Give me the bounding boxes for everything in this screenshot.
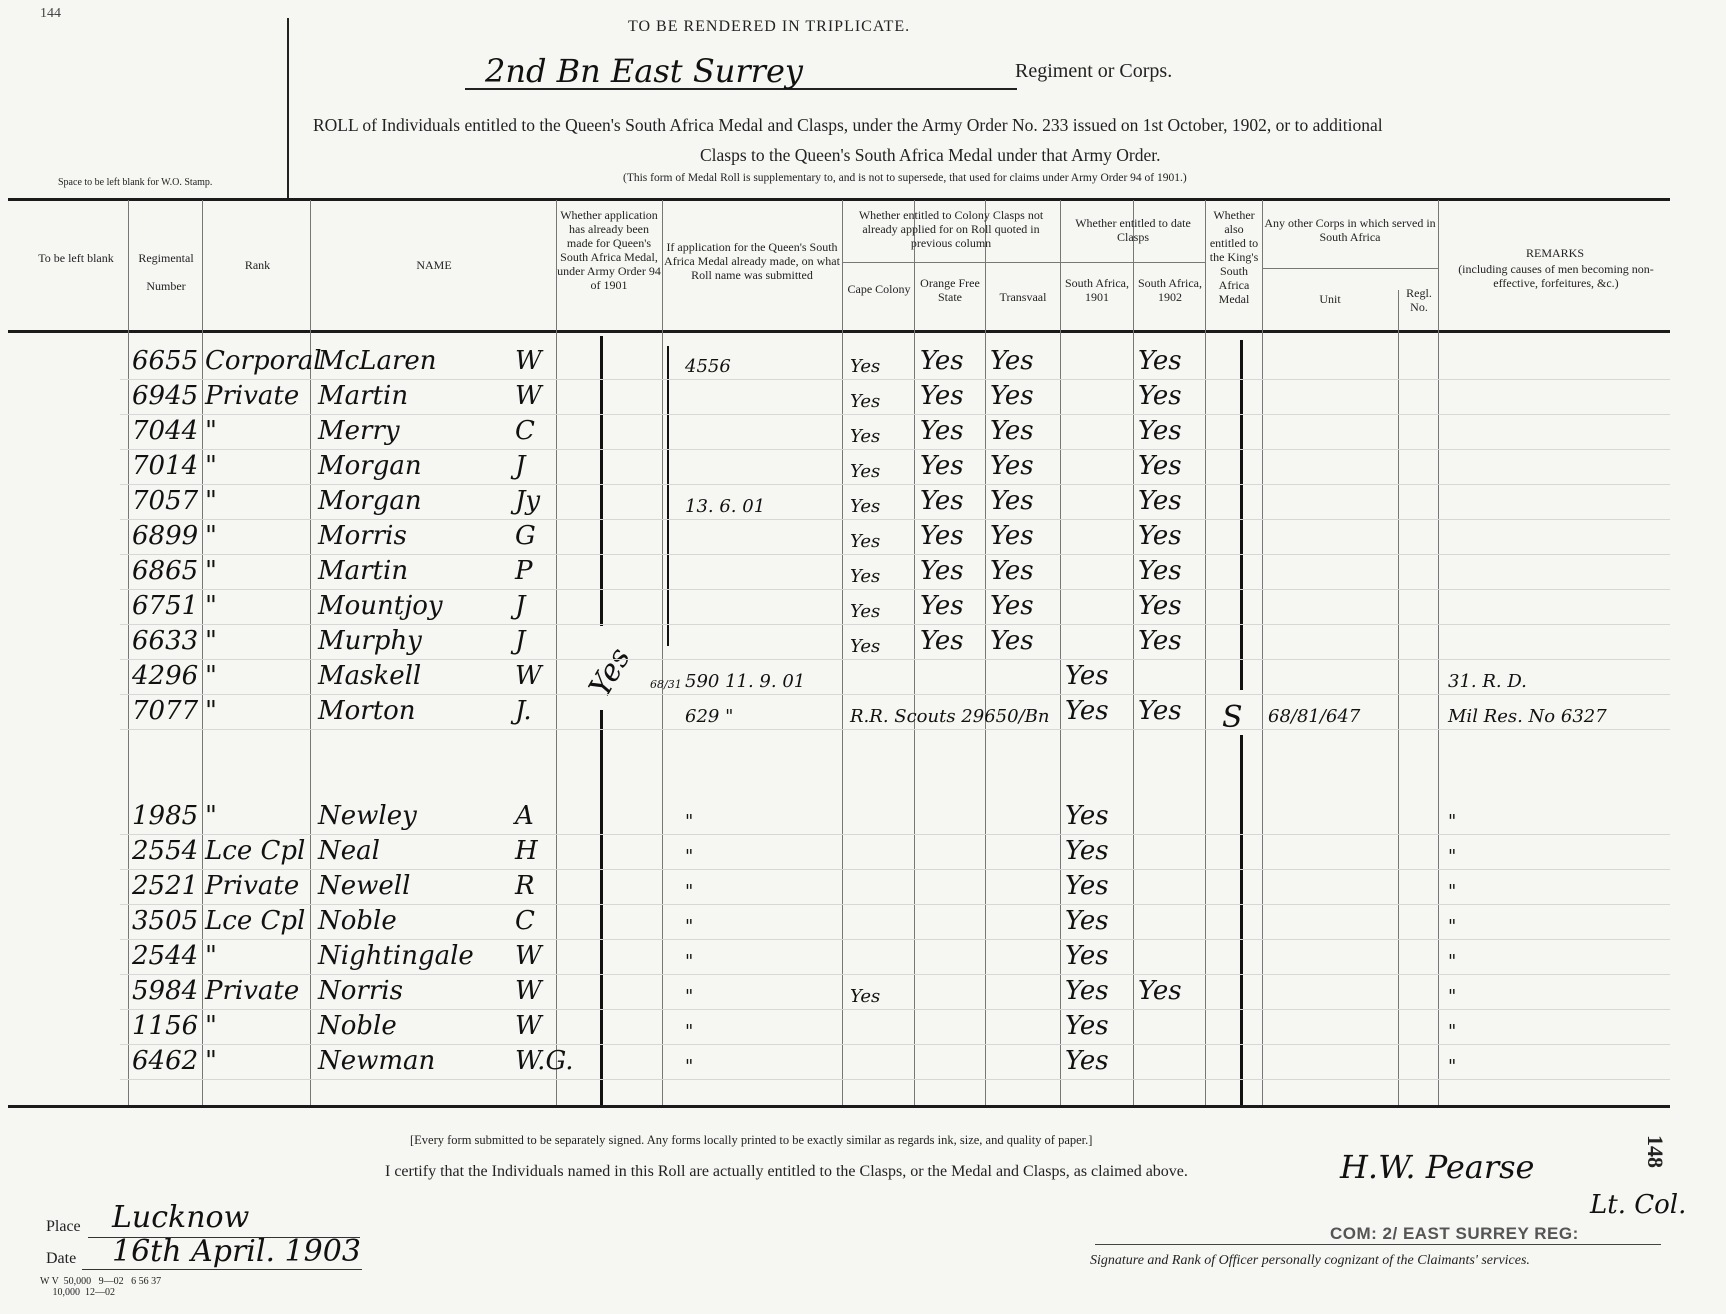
cell-initial: Jy — [515, 485, 540, 517]
regiment-stamp: COM: 2/ EAST SURREY REG: — [1330, 1224, 1579, 1244]
triplicate-heading: TO BE RENDERED IN TRIPLICATE. — [628, 18, 910, 36]
cell-initial: J — [515, 450, 525, 482]
cell-rank: Lce Cpl — [205, 905, 305, 937]
cell-south-africa-1901: Yes — [1065, 695, 1109, 727]
cell-reg-number: 7044 — [132, 415, 198, 447]
cell-south-africa-1901: Yes — [1065, 835, 1109, 867]
table-top-rule — [8, 198, 1670, 201]
place-label: Place — [46, 1218, 81, 1236]
cell-initial: G — [515, 520, 536, 552]
header-colony-clasps: Whether entitled to Colony Clasps not al… — [844, 208, 1058, 250]
cell-reg-number: 2544 — [132, 940, 198, 972]
header-rank: Rank — [205, 258, 310, 272]
header-subdivider — [842, 262, 1060, 263]
cell-rank: " — [205, 450, 217, 482]
cell-transvaal: Yes — [990, 555, 1034, 587]
cell-south-africa-1902: Yes — [1138, 380, 1182, 412]
roll-note: (This form of Medal Roll is supplementar… — [623, 172, 1187, 184]
cell-name: Noble — [318, 905, 397, 937]
cell-orange-free-state: Yes — [920, 380, 964, 412]
table-row: 6899"MorrisGYesYesYesYes — [0, 520, 1726, 555]
cell-name: Newley — [318, 800, 417, 832]
page-number: 148 — [1642, 1135, 1668, 1168]
cell-transvaal: Yes — [990, 450, 1034, 482]
roll-title: ROLL of Individuals entitled to the Quee… — [313, 115, 1383, 136]
cell-south-africa-1902: Yes — [1138, 695, 1182, 727]
table-row: 7014"MorganJYesYesYesYes — [0, 450, 1726, 485]
table-row: 5984PrivateNorrisW"YesYesYes" — [0, 975, 1726, 1010]
header-regl-no: Regl. No. — [1400, 286, 1438, 314]
place-value: Lucknow — [112, 1200, 249, 1235]
date-underline — [82, 1269, 362, 1270]
cell-reg-number: 4296 — [132, 660, 198, 692]
table-row: 1156"NobleW"Yes" — [0, 1010, 1726, 1045]
cell-south-africa-1901: Yes — [1065, 1010, 1109, 1042]
cell-initial: W — [515, 1010, 542, 1042]
stamp-divider — [287, 18, 289, 198]
cell-initial: H — [515, 835, 538, 867]
stamp-space-note: Space to be left blank for W.O. Stamp. — [58, 177, 212, 188]
cell-name: Martin — [318, 555, 408, 587]
header-remarks: REMARKS — [1440, 246, 1670, 260]
date-label: Date — [46, 1250, 76, 1268]
regiment-name: 2nd Bn East Surrey — [485, 52, 803, 90]
cell-name: Mountjoy — [318, 590, 443, 622]
cell-reg-number: 7014 — [132, 450, 198, 482]
cell-name: Merry — [318, 415, 400, 447]
cell-transvaal: Yes — [990, 520, 1034, 552]
cell-reg-number: 6751 — [132, 590, 198, 622]
cell-orange-free-state: Yes — [920, 625, 964, 657]
cell-initial: J. — [515, 695, 532, 727]
cell-initial: W — [515, 660, 542, 692]
cell-name: Morris — [318, 520, 407, 552]
cell-south-africa-1901: Yes — [1065, 660, 1109, 692]
table-row: 1985"NewleyA"Yes" — [0, 800, 1726, 835]
cell-initial: J — [515, 590, 525, 622]
cell-reg-number: 3505 — [132, 905, 198, 937]
cell-south-africa-1902: Yes — [1138, 590, 1182, 622]
signature-line — [1095, 1244, 1661, 1245]
cell-south-africa-1901: Yes — [1065, 940, 1109, 972]
cell-name: Martin — [318, 380, 408, 412]
cell-initial: W — [515, 940, 542, 972]
table-row: 7057"MorganJy13. 6. 01YesYesYesYes — [0, 485, 1726, 520]
cell-reg-number: 7077 — [132, 695, 198, 727]
cell-rank: " — [205, 1010, 217, 1042]
cell-orange-free-state: Yes — [920, 345, 964, 377]
table-row: 7077"MortonJ.629 "R.R. Scouts 29650/BnYe… — [0, 695, 1726, 730]
officer-signature: H.W. Pearse — [1340, 1148, 1534, 1186]
header-date-clasps: Whether entitled to date Clasps — [1062, 216, 1204, 244]
header-south-africa-1901: South Africa, 1901 — [1062, 276, 1132, 304]
date-value: 16th April. 1903 — [112, 1234, 361, 1269]
row-rule — [120, 729, 1670, 730]
roll-title-continued: Clasps to the Queen's South Africa Medal… — [700, 145, 1161, 166]
cell-reg-number: 5984 — [132, 975, 198, 1007]
header-subdivider — [1060, 262, 1205, 263]
cell-south-africa-1901: Yes — [1065, 870, 1109, 902]
certification-statement: I certify that the Individuals named in … — [385, 1163, 1188, 1181]
header-prior-application: Whether application has already been mad… — [557, 208, 661, 292]
cell-transvaal: Yes — [990, 415, 1034, 447]
cell-name: Morgan — [318, 450, 422, 482]
table-row: 4296"MaskellW590 11. 9. 01Yes31. R. D. — [0, 660, 1726, 695]
cell-reg-number: 6899 — [132, 520, 198, 552]
header-regimental-number: Regimental Number — [130, 244, 202, 300]
cell-transvaal: Yes — [990, 625, 1034, 657]
cell-rank: Lce Cpl — [205, 835, 305, 867]
cell-south-africa-1902: Yes — [1138, 555, 1182, 587]
table-row: 6945PrivateMartinWYesYesYesYes — [0, 380, 1726, 415]
table-row: 2521PrivateNewellR"Yes" — [0, 870, 1726, 905]
cell-south-africa-1902: Yes — [1138, 345, 1182, 377]
cell-name: Norris — [318, 975, 403, 1007]
cell-rank: " — [205, 800, 217, 832]
signature-caption: Signature and Rank of Officer personally… — [1090, 1253, 1530, 1269]
cell-initial: W.G. — [515, 1045, 574, 1077]
cell-rank: " — [205, 940, 217, 972]
header-kings-medal: Whether also entitled to the King's Sout… — [1206, 208, 1262, 306]
cell-rank: " — [205, 555, 217, 587]
table-row: 6633"MurphyJYesYesYesYes — [0, 625, 1726, 660]
cell-name: Newman — [318, 1045, 435, 1077]
table-row: 2544"NightingaleW"Yes" — [0, 940, 1726, 975]
cell-rank: Corporal — [205, 345, 322, 377]
cell-reg-number: 2521 — [132, 870, 198, 902]
cell-transvaal: Yes — [990, 380, 1034, 412]
cell-name: Noble — [318, 1010, 397, 1042]
cell-initial: W — [515, 345, 542, 377]
row-rule — [120, 1079, 1670, 1080]
cell-name: McLaren — [318, 345, 437, 377]
header-roll-submitted: If application for the Queen's South Afr… — [664, 240, 840, 282]
table-row: 6865"MartinPYesYesYesYes — [0, 555, 1726, 590]
cell-rank: " — [205, 660, 217, 692]
cell-south-africa-1902: Yes — [1138, 625, 1182, 657]
header-name: NAME — [312, 258, 556, 272]
cell-orange-free-state: Yes — [920, 590, 964, 622]
cell-name: Murphy — [318, 625, 422, 657]
cell-reg-number: 6655 — [132, 345, 198, 377]
cell-reg-number: 7057 — [132, 485, 198, 517]
header-cape-colony: Cape Colony — [844, 282, 914, 296]
cell-rank: " — [205, 485, 217, 517]
cell-reg-number: 6865 — [132, 555, 198, 587]
cell-south-africa-1901: Yes — [1065, 905, 1109, 937]
cell-initial: P — [515, 555, 533, 587]
cell-south-africa-1902: Yes — [1138, 415, 1182, 447]
cell-reg-number: 6945 — [132, 380, 198, 412]
cell-orange-free-state: Yes — [920, 415, 964, 447]
table-row: 6655CorporalMcLarenW4556YesYesYesYes — [0, 345, 1726, 380]
cell-name: Neal — [318, 835, 380, 867]
cell-rank: " — [205, 415, 217, 447]
header-remarks-note: (including causes of men becoming non-ef… — [1448, 262, 1664, 290]
cell-name: Maskell — [318, 660, 421, 692]
regiment-label: Regiment or Corps. — [1015, 60, 1172, 83]
cell-rank: " — [205, 695, 217, 727]
cell-orange-free-state: Yes — [920, 450, 964, 482]
cell-reg-number: 1985 — [132, 800, 198, 832]
cell-rank: " — [205, 520, 217, 552]
cell-initial: J — [515, 625, 525, 657]
cell-orange-free-state: Yes — [920, 485, 964, 517]
cell-south-africa-1901: Yes — [1065, 800, 1109, 832]
cell-name: Newell — [318, 870, 410, 902]
header-transvaal: Transvaal — [987, 290, 1059, 304]
cell-name: Morgan — [318, 485, 422, 517]
header-subdivider — [1262, 268, 1438, 269]
table-row: 6751"MountjoyJYesYesYesYes — [0, 590, 1726, 625]
cell-rank: Private — [205, 870, 299, 902]
header-south-africa-1902: South Africa, 1902 — [1135, 276, 1205, 304]
cell-rank: Private — [205, 380, 299, 412]
table-row: 6462"NewmanW.G."Yes" — [0, 1045, 1726, 1080]
cell-name: Morton — [318, 695, 416, 727]
print-code: W V 50,000 9—02 6 56 37 10,000 12—02 — [40, 1276, 161, 1298]
cell-rank: " — [205, 590, 217, 622]
table-row: 7044"MerryCYesYesYesYes — [0, 415, 1726, 450]
cell-transvaal: Yes — [990, 590, 1034, 622]
cell-reg-number: 6462 — [132, 1045, 198, 1077]
cell-south-africa-1902: Yes — [1138, 485, 1182, 517]
cell-initial: C — [515, 905, 535, 937]
table-row: 2554Lce CplNealH"Yes" — [0, 835, 1726, 870]
cell-rank: " — [205, 625, 217, 657]
cell-transvaal: Yes — [990, 345, 1034, 377]
cell-reg-number: 6633 — [132, 625, 198, 657]
footer-note: [Every form submitted to be separately s… — [410, 1133, 1092, 1148]
cell-initial: C — [515, 415, 535, 447]
header-unit: Unit — [1264, 292, 1396, 306]
header-orange-free-state: Orange Free State — [916, 276, 984, 304]
officer-rank: Lt. Col. — [1590, 1190, 1686, 1220]
cell-initial: W — [515, 975, 542, 1007]
cell-reg-number: 1156 — [132, 1010, 198, 1042]
cell-south-africa-1901: Yes — [1065, 975, 1109, 1007]
cell-south-africa-1902: Yes — [1138, 975, 1182, 1007]
table-row: 3505Lce CplNobleC"Yes" — [0, 905, 1726, 940]
cell-rank: " — [205, 1045, 217, 1077]
table-header-rule — [8, 330, 1670, 333]
cell-reg-number: 2554 — [132, 835, 198, 867]
corner-mark: 144 — [40, 6, 61, 22]
cell-initial: W — [515, 380, 542, 412]
cell-transvaal: Yes — [990, 485, 1034, 517]
cell-south-africa-1902: Yes — [1138, 450, 1182, 482]
cell-initial: R — [515, 870, 535, 902]
header-other-corps: Any other Corps in which served in South… — [1264, 216, 1436, 244]
cell-south-africa-1902: Yes — [1138, 520, 1182, 552]
table-bottom-rule — [8, 1105, 1670, 1108]
cell-initial: A — [515, 800, 534, 832]
cell-south-africa-1901: Yes — [1065, 1045, 1109, 1077]
cell-rank: Private — [205, 975, 299, 1007]
header-blank: To be left blank — [36, 244, 116, 272]
cell-orange-free-state: Yes — [920, 520, 964, 552]
cell-name: Nightingale — [318, 940, 474, 972]
cell-orange-free-state: Yes — [920, 555, 964, 587]
